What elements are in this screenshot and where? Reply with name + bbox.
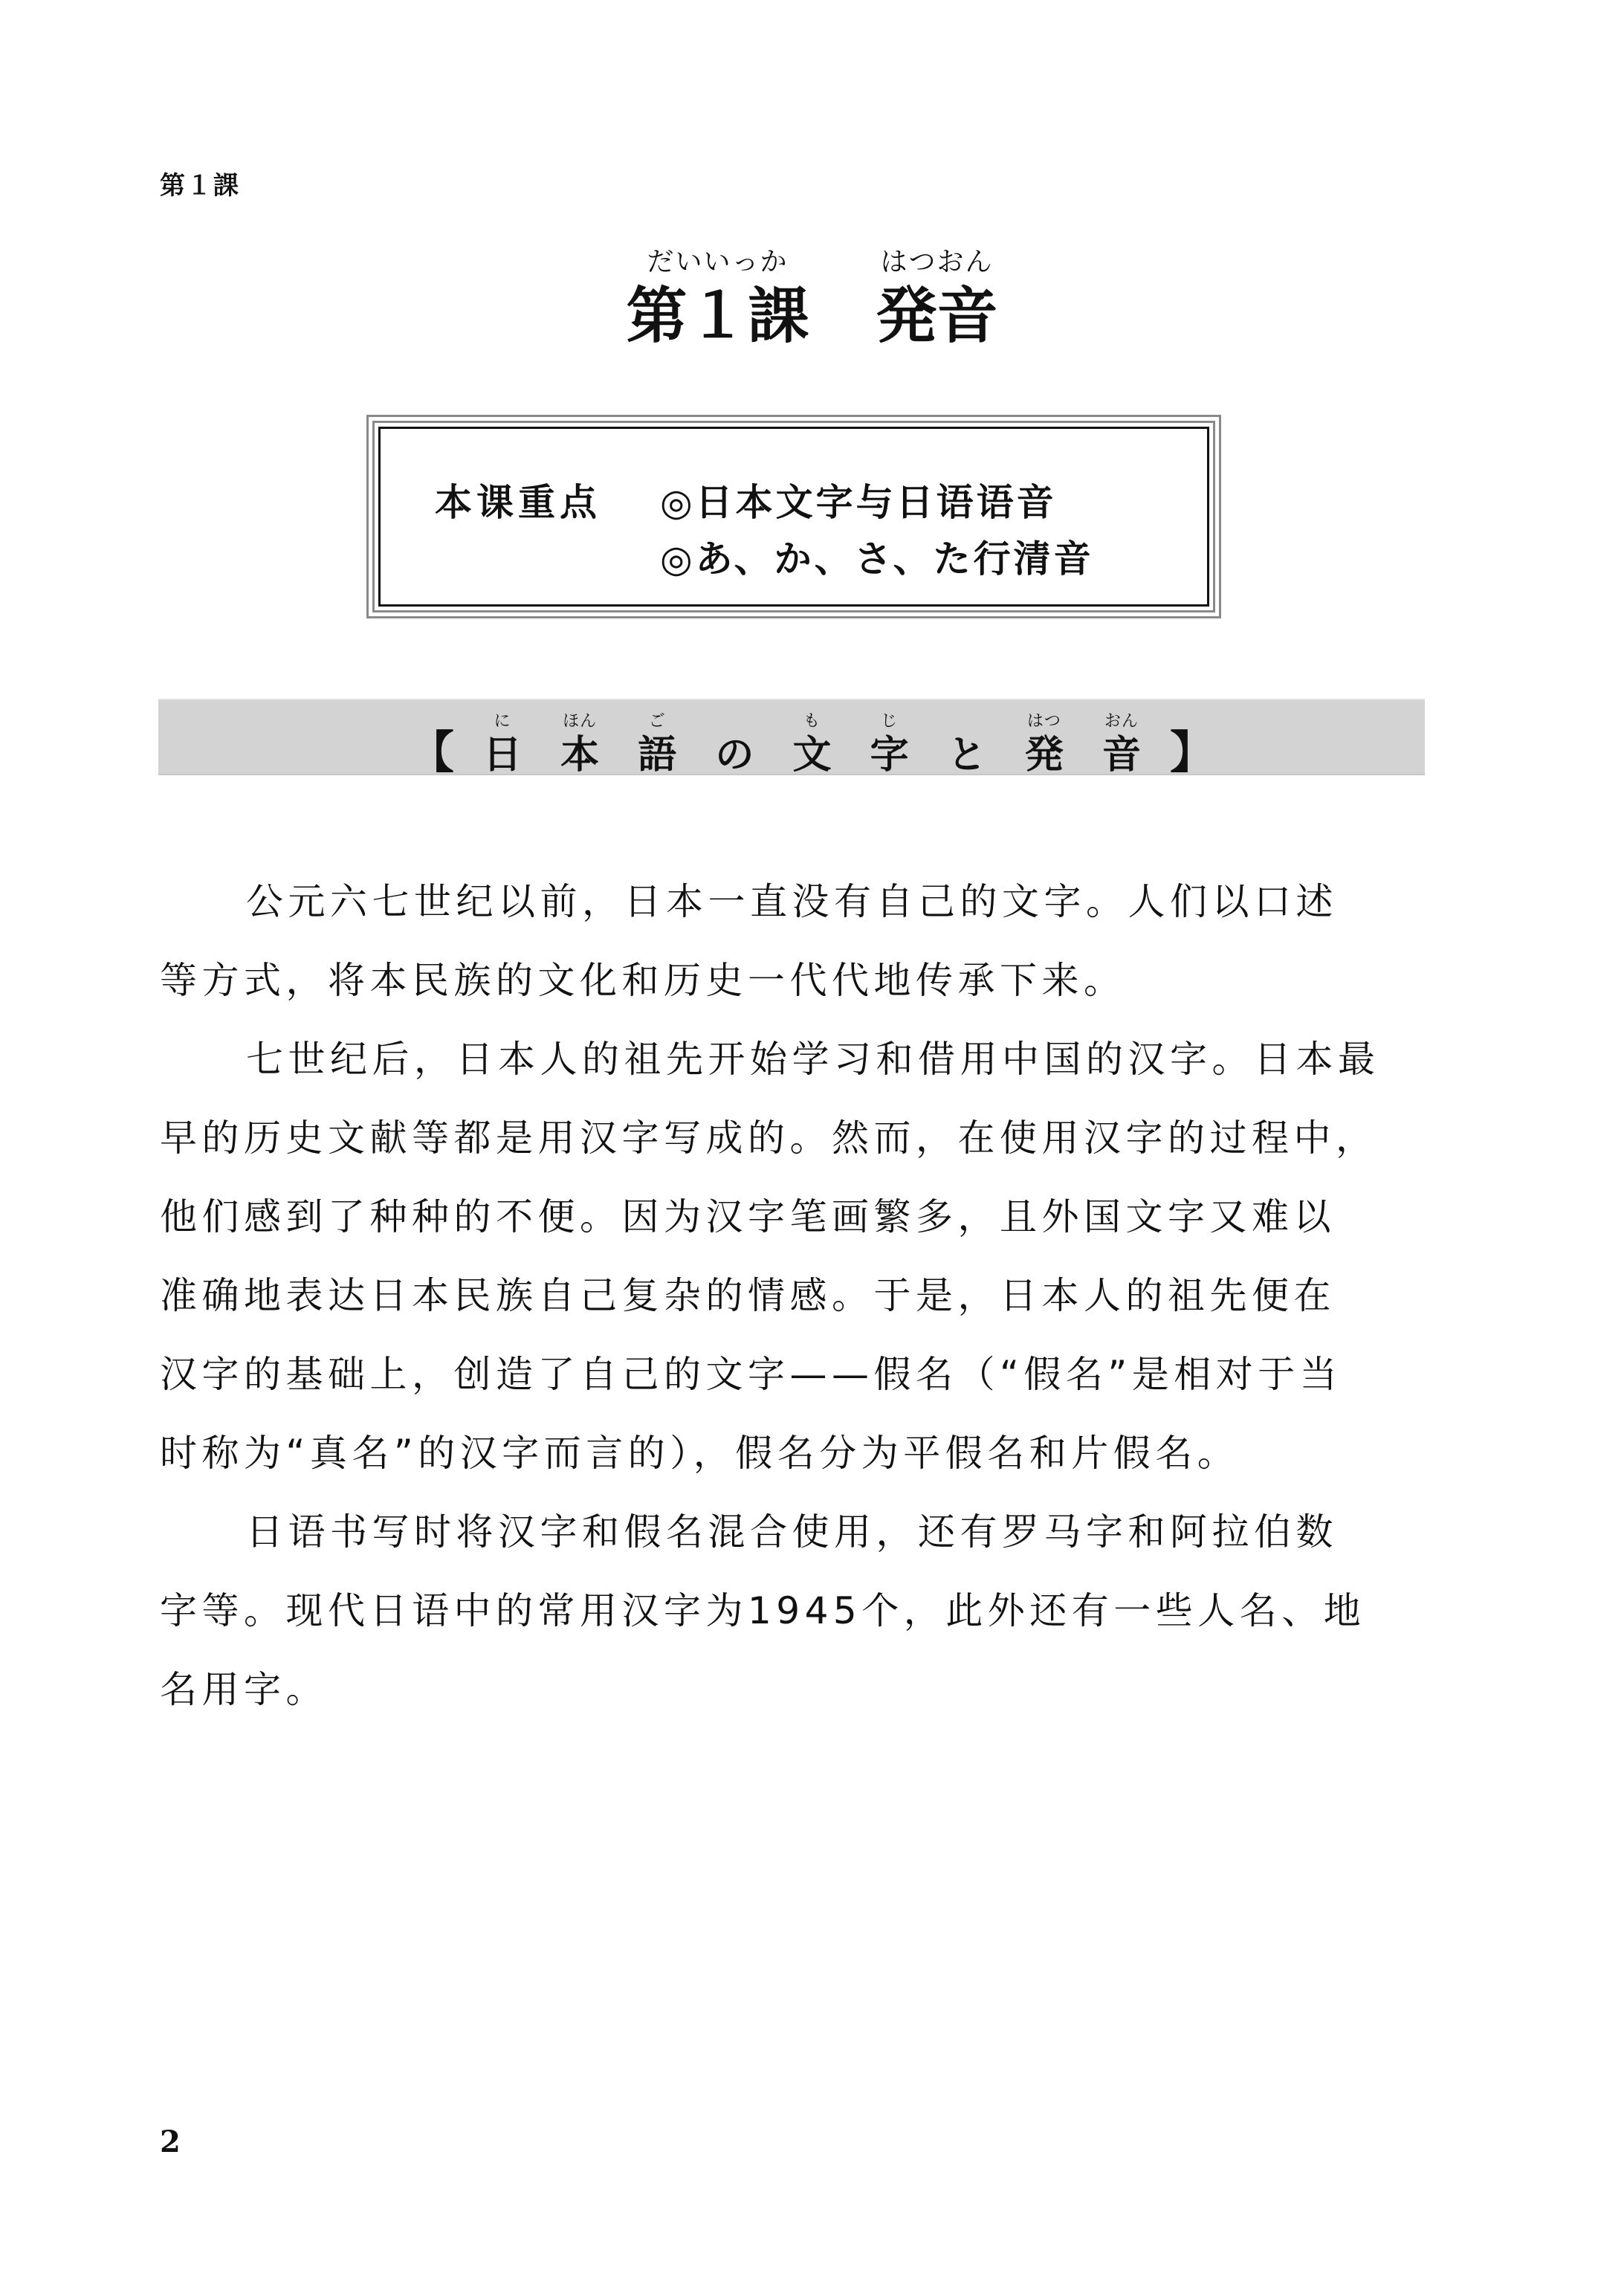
body-line: 早的历史文献等都是用汉字写成的。然而，在使用汉字的过程中， <box>160 1119 1425 1157</box>
key-point-item: ◎日本文字与日语语音 <box>660 473 1057 526</box>
body-line: 他们感到了种种的不便。因为汉字笔画繁多，且外国文字又难以 <box>160 1198 1425 1235</box>
open-bracket: 【 <box>410 731 454 775</box>
running-header: 第１課 <box>160 165 240 201</box>
banner-char: 文 <box>792 733 831 778</box>
page-number: 2 <box>160 2124 181 2159</box>
lesson-title: だいいっか 第１課 はつおん 発音 <box>0 286 1624 347</box>
body-line: 准确地表达日本民族自己复杂的情感。于是，日本人的祖先便在 <box>160 1277 1425 1314</box>
banner-ruby: ほん <box>563 714 597 730</box>
key-points-label: 本课重点 <box>435 473 601 526</box>
body-line: 等方式，将本民族的文化和历史一代代地传承下来。 <box>160 962 1425 999</box>
banner-ruby: に <box>494 714 511 730</box>
close-bracket: 】 <box>1170 731 1214 775</box>
banner-char: 語 <box>638 733 676 778</box>
banner-char: 発 <box>1025 733 1064 778</box>
title-ruby-pronunciation: はつおん <box>880 249 993 276</box>
title-part-lesson: だいいっか 第１課 <box>626 286 809 347</box>
title-part-pronunciation: はつおん 発音 <box>876 286 998 347</box>
banner-ruby: おん <box>1104 714 1139 730</box>
body-line: 名用字。 <box>160 1671 1425 1708</box>
banner-char: と <box>948 733 986 778</box>
title-text-lesson: 第１課 <box>626 281 809 352</box>
banner-ruby: はつ <box>1027 714 1061 730</box>
banner-ruby: ご <box>649 714 666 730</box>
body-line: 字等。现代日语中的常用汉字为1945个，此外还有一些人名、地 <box>160 1592 1425 1629</box>
title-text-pronunciation: 発音 <box>876 281 998 352</box>
body-line: 时称为“真名”的汉字而言的），假名分为平假名和片假名。 <box>160 1435 1425 1472</box>
body-line: 公元六七世纪以前，日本一直没有自己的文字。人们以口述 <box>246 883 1425 920</box>
banner-ruby: も <box>803 714 821 730</box>
banner-char: 字 <box>870 733 909 778</box>
banner-char: 日 <box>483 733 522 778</box>
banner-ruby: じ <box>881 714 898 730</box>
body-line: 汉字的基础上，创造了自己的文字——假名（“假名”是相对于当 <box>160 1356 1425 1393</box>
banner-char: 音 <box>1102 733 1141 778</box>
body-line: 七世纪后，日本人的祖先开始学习和借用中国的汉字。日本最 <box>246 1041 1425 1078</box>
section-banner-title: 【 に日 ほん本 ご語 の も文 じ字 と はつ発 おん音 】 <box>0 731 1624 775</box>
key-point-item: ◎あ、か、さ、た行清音 <box>660 529 1094 583</box>
banner-char: 本 <box>560 733 599 778</box>
banner-char: の <box>715 733 754 778</box>
title-ruby-lesson: だいいっか <box>647 249 788 276</box>
body-line: 日语书写时将汉字和假名混合使用，还有罗马字和阿拉伯数 <box>246 1513 1425 1551</box>
